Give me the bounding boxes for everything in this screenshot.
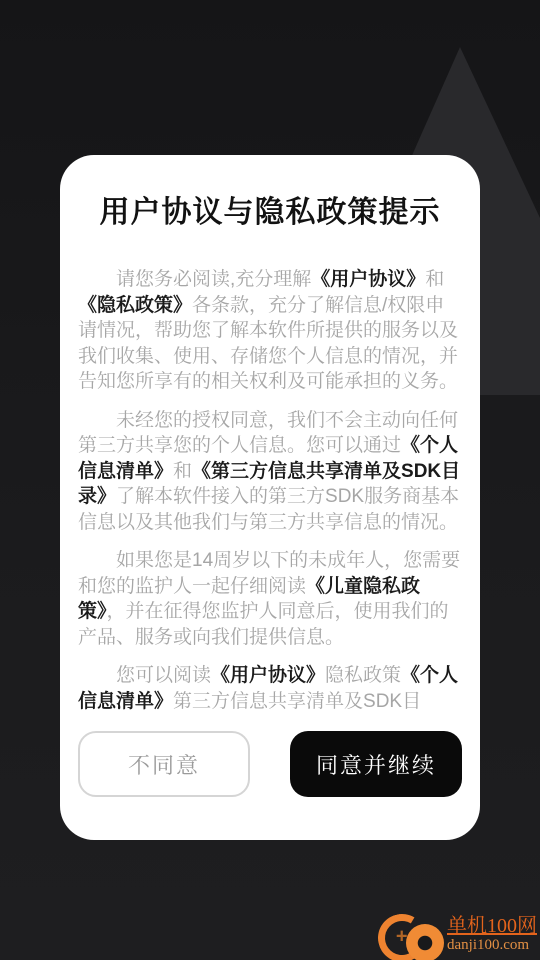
disagree-button[interactable]: 不同意 — [78, 731, 250, 797]
site-watermark: 单机100网 danji100.com — [378, 910, 537, 960]
policy-paragraph: 未经您的授权同意，我们不会主动向任何第三方共享您的个人信息。您可以通过《个人信息… — [78, 408, 462, 536]
policy-paragraph: 如果您是14周岁以下的未成年人，您需要和您的监护人一起仔细阅读《儿童隐私政策》，… — [78, 548, 462, 650]
policy-link[interactable]: 《隐私政策》 — [78, 295, 192, 316]
dialog-button-row: 不同意 同意并继续 — [78, 731, 462, 797]
policy-paragraph: 请您务必阅读,充分理解《用户协议》和《隐私政策》各条款，充分了解信息/权限申请情… — [78, 267, 462, 395]
dialog-title: 用户协议与隐私政策提示 — [78, 195, 462, 231]
policy-run: 隐私政策 — [325, 665, 401, 686]
policy-run: ，并在征得您监护人同意后，使用我们的产品、服务或向我们提供信息。 — [78, 601, 449, 648]
policy-run: 和 — [173, 461, 192, 482]
policy-run: 第三方信息共享清单及SDK目 — [173, 691, 421, 712]
logo-o-donut-icon — [406, 924, 444, 960]
policy-paragraph: 您可以阅读《用户协议》隐私政策《个人信息清单》第三方信息共享清单及SDK目 — [78, 663, 462, 714]
policy-link[interactable]: 《用户协议》 — [311, 269, 425, 290]
policy-run: 和 — [425, 269, 444, 290]
policy-run: 请您务必阅读,充分理解 — [116, 269, 311, 290]
danji100-logo-icon — [378, 910, 444, 960]
watermark-site-domain: danji100.com — [447, 937, 537, 954]
watermark-text: 单机100网 danji100.com — [447, 915, 537, 960]
app-screen: 用户协议与隐私政策提示 请您务必阅读,充分理解《用户协议》和《隐私政策》各条款，… — [0, 0, 540, 960]
policy-link[interactable]: 《用户协议》 — [211, 665, 325, 686]
watermark-site-name: 单机100网 — [447, 915, 537, 937]
policy-text[interactable]: 请您务必阅读,充分理解《用户协议》和《隐私政策》各条款，充分了解信息/权限申请情… — [78, 267, 462, 717]
agree-button[interactable]: 同意并继续 — [290, 731, 462, 797]
policy-run: 您可以阅读 — [116, 665, 211, 686]
privacy-policy-dialog: 用户协议与隐私政策提示 请您务必阅读,充分理解《用户协议》和《隐私政策》各条款，… — [60, 155, 480, 840]
policy-run: 了解本软件接入的第三方SDK服务商基本信息以及其他我们与第三方共享信息的情况。 — [78, 486, 459, 533]
